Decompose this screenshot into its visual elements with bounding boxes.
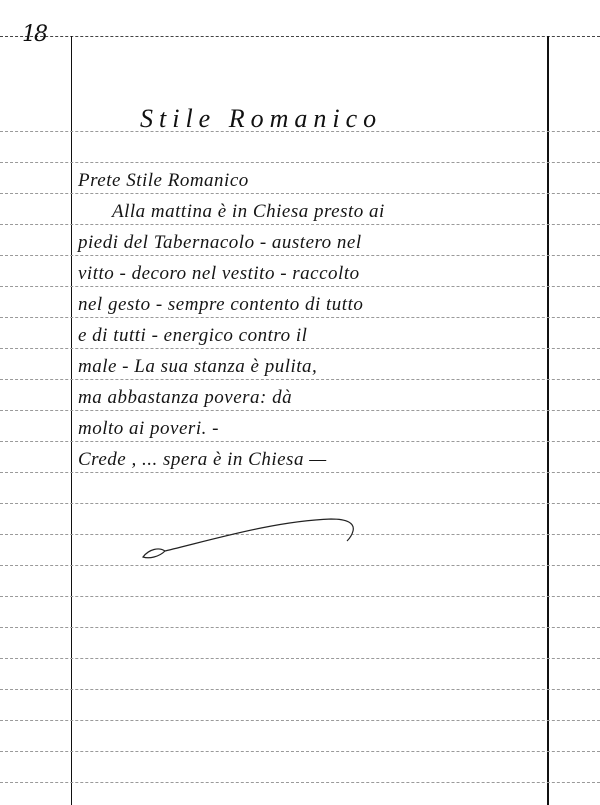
- text-line: nel gesto - sempre contento di tutto: [78, 294, 363, 316]
- page-title: Stile Romanico: [140, 104, 460, 134]
- ruled-line: [0, 472, 600, 473]
- ruled-line: [0, 224, 600, 225]
- ruled-line: [0, 782, 600, 783]
- text-line: molto ai poveri. -: [78, 418, 219, 440]
- pen-flourish-icon: [135, 515, 365, 565]
- text-line: Crede , ... spera è in Chiesa —: [78, 449, 327, 471]
- ruled-line: [0, 658, 600, 659]
- text-line: vitto - decoro nel vestito - raccolto: [78, 263, 360, 285]
- ruled-line: [0, 317, 600, 318]
- ruled-line: [0, 596, 600, 597]
- ruled-line: [0, 720, 600, 721]
- ruled-line: [0, 441, 600, 442]
- ruled-line: [0, 627, 600, 628]
- text-line: e di tutti - energico contro il: [78, 325, 307, 347]
- text-line: Alla mattina è in Chiesa presto ai: [112, 201, 385, 223]
- ruled-line: [0, 193, 600, 194]
- ruled-line: [0, 565, 600, 566]
- ruled-line: [0, 286, 600, 287]
- notebook-page: 18 Stile Romanico Prete Stile RomanicoAl…: [0, 0, 600, 805]
- ruled-line: [0, 410, 600, 411]
- ruled-line: [0, 348, 600, 349]
- top-border-rule: [0, 36, 600, 37]
- page-number: 18: [22, 22, 46, 47]
- text-line: ma abbastanza povera: dà: [78, 387, 292, 409]
- text-line: Prete Stile Romanico: [78, 170, 249, 192]
- ruled-line: [0, 503, 600, 504]
- ruled-line: [0, 689, 600, 690]
- ruled-line: [0, 751, 600, 752]
- text-line: male - La sua stanza è pulita,: [78, 356, 317, 378]
- ruled-line: [0, 255, 600, 256]
- ruled-line: [0, 379, 600, 380]
- text-line: piedi del Tabernacolo - austero nel: [78, 232, 362, 254]
- ruled-line: [0, 162, 600, 163]
